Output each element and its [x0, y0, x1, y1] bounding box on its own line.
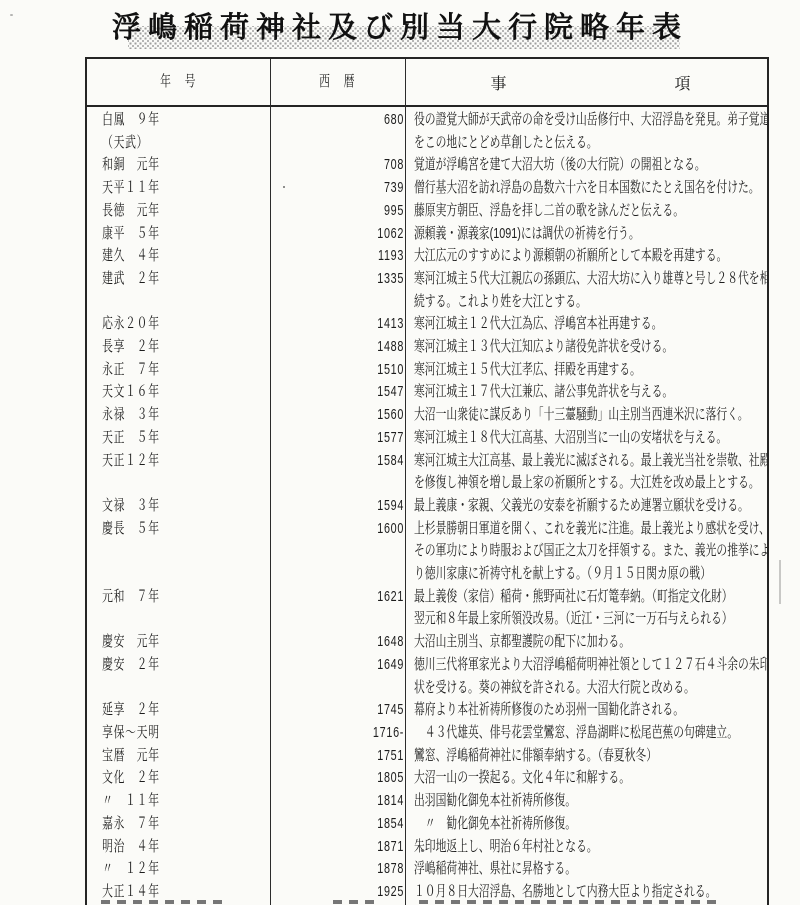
era-text: 永禄 ３年 [87, 404, 284, 427]
event-text: 最上義康・家親、父義光の安泰を祈願するため連署立願状を受ける。 [414, 495, 769, 518]
table-header-row: 年 号 西 暦 事 項 [87, 59, 767, 107]
year-cell: 1648 [270, 631, 405, 654]
year-cell: 1560 [270, 404, 405, 427]
era-cell: 文化 ２年 [87, 767, 270, 790]
era-text: 文化 ２年 [87, 767, 284, 790]
event-text: 大沼一山の一揆起る。文化４年に和解する。 [414, 767, 769, 790]
year-text: 1871 [270, 836, 416, 859]
header-event: 事 項 [405, 71, 767, 94]
event-cell: 浮嶋稲荷神社、県社に昇格する。 [405, 858, 767, 881]
year-cell: 1878 [270, 858, 405, 881]
event-text: 大沼一山衆徒に謀反あり「十三薹騒動」山主別当西連米沢に落行く。 [414, 404, 769, 427]
era-cell: 宝暦 元年 [87, 745, 270, 768]
header-era: 年 号 [87, 71, 270, 94]
year-text: 680 [270, 109, 416, 132]
era-cell: 応永２０年 [87, 313, 270, 336]
era-text: 延享 ２年 [87, 699, 284, 722]
event-cell: 上杉景勝朝日軍道を開く、これを義光に注進。最上義光より感状を受け、その軍功により… [405, 518, 767, 586]
table-row: 康平 ５年 1062 源頼義・源義家(1091)には調伏の祈祷を行う。 [87, 223, 767, 246]
event-text: 寒河江城主５代大江親広の孫顕広、大沼大坊に入り雄尊と号し２８代を相続する。これよ… [414, 268, 769, 313]
year-cell: 1594 [270, 495, 405, 518]
scan-speck [421, 849, 424, 852]
era-text: 天文１６年 [87, 381, 284, 404]
year-text: 1577 [270, 427, 416, 450]
era-cell: 永禄 ３年 [87, 404, 270, 427]
era-text: 嘉永 ７年 [87, 813, 284, 836]
era-cell: 康平 ５年 [87, 223, 270, 246]
table-row: 享保～天明 1716- ４３代雄英、俳号花雲堂鸞窓、浮島湖畔に松尾芭蕉の句碑建立… [87, 722, 767, 745]
year-cell: 1751 [270, 745, 405, 768]
table-row: 白鳳 ９年 （天武） 680 役の證覚大師が天武帝の命を受け山岳修行中、大沼浮島… [87, 109, 767, 154]
event-cell: 覚道が浮嶋宮を建て大沼大坊（後の大行院）の開祖となる。 [405, 154, 767, 177]
era-cell: 慶安 ２年 [87, 654, 270, 677]
event-cell: 〃 勧化御免本社祈祷所修復。 [405, 813, 767, 836]
year-cell: 1577 [270, 427, 405, 450]
year-cell: 1547 [270, 381, 405, 404]
event-text: 僧行基大沼を訪れ浮島の島数六十六を日本国数にたとえ国名を付けた。 [414, 177, 769, 200]
event-text: 浮嶋稲荷神社、県社に昇格する。 [414, 858, 769, 881]
era-cell: 和銅 元年 [87, 154, 270, 177]
table-row: 嘉永 ７年 1854 〃 勧化御免本社祈祷所修復。 [87, 813, 767, 836]
event-cell: 寒河江城主１８代大江高基、大沼別当に一山の安堵状を与える。 [405, 427, 767, 450]
year-text: 1751 [270, 745, 416, 768]
era-text: 〃 １２年 [87, 858, 284, 881]
event-cell: 鸞窓、浮嶋稲荷神社に俳額奉納する。（春夏秋冬） [405, 745, 767, 768]
era-text: 長享 ２年 [87, 336, 284, 359]
year-cell: 995 [270, 200, 405, 223]
era-cell: 天平１１年 [87, 177, 270, 200]
era-cell: 延享 ２年 [87, 699, 270, 722]
event-text: ４３代雄英、俳号花雲堂鸞窓、浮島湖畔に松尾芭蕉の句碑建立。 [414, 722, 769, 745]
event-cell: 寒河江城主１２代大江為広、浮嶋宮本社再建する。 [405, 313, 767, 336]
header-event-right: 項 [675, 71, 691, 94]
year-cell: 708 [270, 154, 405, 177]
year-cell: 680 [270, 109, 405, 132]
era-cell: 天文１６年 [87, 381, 270, 404]
year-text: 995 [270, 200, 416, 223]
event-text: 寒河江城主１８代大江高基、大沼別当に一山の安堵状を与える。 [414, 427, 769, 450]
era-text: 宝暦 元年 [87, 745, 284, 768]
year-text: 1649 [270, 654, 416, 677]
year-text: 1648 [270, 631, 416, 654]
event-text: 寒河江城主１３代大江知広より諸役免許状を受ける。 [414, 336, 769, 359]
era-cell: 〃 １１年 [87, 790, 270, 813]
event-text: 源頼義・源義家(1091)には調伏の祈祷を行う。 [414, 223, 769, 246]
year-cell: 1814 [270, 790, 405, 813]
event-cell: 最上義俊（家信）稲荷・熊野両社に石灯篭奉納。（町指定文化財） 翌元和８年最上家所… [405, 586, 767, 631]
event-cell: 朱印地返上し、明治６年村社となる。 [405, 836, 767, 859]
table-row: 明治 ４年 1871 朱印地返上し、明治６年村社となる。 [87, 836, 767, 859]
table-row: 和銅 元年 708 覚道が浮嶋宮を建て大沼大坊（後の大行院）の開祖となる。 [87, 154, 767, 177]
era-text: 建久 ４年 [87, 245, 284, 268]
year-cell: 1716- [270, 722, 405, 745]
table-row: 元和 ７年 1621 最上義俊（家信）稲荷・熊野両社に石灯篭奉納。（町指定文化財… [87, 586, 767, 631]
table-row: 慶安 元年 1648 大沼山主別当、京都聖護院の配下に加わる。 [87, 631, 767, 654]
event-text: 大沼山主別当、京都聖護院の配下に加わる。 [414, 631, 769, 654]
era-cell: 〃 １２年 [87, 858, 270, 881]
era-text: 享保～天明 [87, 722, 284, 745]
year-text: 1814 [270, 790, 416, 813]
year-text: 1716- [270, 722, 416, 745]
event-cell: 大沼一山の一揆起る。文化４年に和解する。 [405, 767, 767, 790]
event-cell: 大沼山主別当、京都聖護院の配下に加わる。 [405, 631, 767, 654]
event-text: 出羽国勧化御免本社祈祷所修復。 [414, 790, 769, 813]
year-text: 1560 [270, 404, 416, 427]
event-text: 〃 勧化御免本社祈祷所修復。 [414, 813, 769, 836]
table-row: 建武 ２年 1335 寒河江城主５代大江親広の孫顕広、大沼大坊に入り雄尊と号し２… [87, 268, 767, 313]
era-cell: 建武 ２年 [87, 268, 270, 291]
event-text: 寒河江城主１５代大江孝広、拝殿を再建する。 [414, 359, 769, 382]
table-row: 天平１１年 739 僧行基大沼を訪れ浮島の島数六十六を日本国数にたとえ国名を付け… [87, 177, 767, 200]
year-text: 1854 [270, 813, 416, 836]
era-cell: 長徳 元年 [87, 200, 270, 223]
clipped-row-fragment [101, 900, 223, 904]
page-title-block: 浮嶋稲荷神社及び別当大行院略年表 [0, 5, 800, 53]
year-cell: 1600 [270, 518, 405, 541]
scanned-page: 浮嶋稲荷神社及び別当大行院略年表 年 号 西 暦 事 項 白鳳 ９年 （天武） … [0, 0, 800, 905]
scan-speck [283, 186, 285, 188]
table-row: 天正 ５年 1577 寒河江城主１８代大江高基、大沼別当に一山の安堵状を与える。 [87, 427, 767, 450]
year-cell: 1335 [270, 268, 405, 291]
era-text: 元和 ７年 [87, 586, 284, 609]
scan-speck [10, 14, 13, 16]
era-text: 慶長 ５年 [87, 518, 284, 541]
year-text: 1805 [270, 767, 416, 790]
event-text: 寒河江城主１２代大江為広、浮嶋宮本社再建する。 [414, 313, 769, 336]
era-text: 文禄 ３年 [87, 495, 284, 518]
era-text: 白鳳 ９年 （天武） [87, 109, 284, 154]
event-text: 幕府より本社祈祷所修復のため羽州一国勧化許される。 [414, 699, 769, 722]
year-text: 708 [270, 154, 416, 177]
event-cell: 徳川三代将軍家光より大沼浮嶋稲荷明神社領として１２７石４斗余の朱印状を受ける。葵… [405, 654, 767, 699]
year-text: 1062 [270, 223, 416, 246]
era-text: 天正１２年 [87, 450, 284, 473]
chronology-table: 年 号 西 暦 事 項 白鳳 ９年 （天武） 680 役の證覚大師が天武帝の命を… [85, 57, 769, 905]
era-cell: 天正 ５年 [87, 427, 270, 450]
era-text: 〃 １１年 [87, 790, 284, 813]
year-cell: 739 [270, 177, 405, 200]
era-cell: 元和 ７年 [87, 586, 270, 609]
era-text: 長徳 元年 [87, 200, 284, 223]
year-cell: 1488 [270, 336, 405, 359]
event-cell: 幕府より本社祈祷所修復のため羽州一国勧化許される。 [405, 699, 767, 722]
table-row: 長享 ２年 1488 寒河江城主１３代大江知広より諸役免許状を受ける。 [87, 336, 767, 359]
era-cell: 慶長 ５年 [87, 518, 270, 541]
year-cell: 1062 [270, 223, 405, 246]
year-cell: 1854 [270, 813, 405, 836]
table-row: 〃 １２年 1878 浮嶋稲荷神社、県社に昇格する。 [87, 858, 767, 881]
era-cell: 長享 ２年 [87, 336, 270, 359]
event-cell: 寒河江城主１５代大江孝広、拝殿を再建する。 [405, 359, 767, 382]
year-text: 1547 [270, 381, 416, 404]
table-row: 永禄 ３年 1560 大沼一山衆徒に謀反あり「十三薹騒動」山主別当西連米沢に落行… [87, 404, 767, 427]
era-text: 明治 ４年 [87, 836, 284, 859]
era-cell: 嘉永 ７年 [87, 813, 270, 836]
year-text: 1488 [270, 336, 416, 359]
table-row: 文化 ２年 1805 大沼一山の一揆起る。文化４年に和解する。 [87, 767, 767, 790]
table-row: 延享 ２年 1745 幕府より本社祈祷所修復のため羽州一国勧化許される。 [87, 699, 767, 722]
era-text: 永正 ７年 [87, 359, 284, 382]
table-row: 天正１２年 1584 寒河江城主大江高基、最上義光に滅ぼされる。最上義光当社を崇… [87, 450, 767, 495]
event-cell: 寒河江城主大江高基、最上義光に滅ぼされる。最上義光当社を崇敬、社殿を修復し神領を… [405, 450, 767, 495]
era-cell: 享保～天明 [87, 722, 270, 745]
event-text: 覚道が浮嶋宮を建て大沼大坊（後の大行院）の開祖となる。 [414, 154, 769, 177]
event-cell: 大沼一山衆徒に謀反あり「十三薹騒動」山主別当西連米沢に落行く。 [405, 404, 767, 427]
year-cell: 1649 [270, 654, 405, 677]
event-cell: 最上義康・家親、父義光の安泰を祈願するため連署立願状を受ける。 [405, 495, 767, 518]
era-cell: 明治 ４年 [87, 836, 270, 859]
event-cell: 寒河江城主５代大江親広の孫顕広、大沼大坊に入り雄尊と号し２８代を相続する。これよ… [405, 268, 767, 313]
event-text: 最上義俊（家信）稲荷・熊野両社に石灯篭奉納。（町指定文化財） 翌元和８年最上家所… [414, 586, 769, 631]
era-cell: 白鳳 ９年 （天武） [87, 109, 270, 154]
era-text: 天平１１年 [87, 177, 284, 200]
table-body: 白鳳 ９年 （天武） 680 役の證覚大師が天武帝の命を受け山岳修行中、大沼浮島… [87, 107, 767, 904]
year-text: 1878 [270, 858, 416, 881]
clipped-row-fragment [333, 900, 381, 904]
era-text: 応永２０年 [87, 313, 284, 336]
table-row: 〃 １１年 1814 出羽国勧化御免本社祈祷所修復。 [87, 790, 767, 813]
year-text: 739 [270, 177, 416, 200]
event-text: 鸞窓、浮嶋稲荷神社に俳額奉納する。（春夏秋冬） [414, 745, 769, 768]
era-text: 天正 ５年 [87, 427, 284, 450]
year-text: 1335 [270, 268, 416, 291]
table-row: 応永２０年 1413 寒河江城主１２代大江為広、浮嶋宮本社再建する。 [87, 313, 767, 336]
year-text: 1600 [270, 518, 416, 541]
era-text: 康平 ５年 [87, 223, 284, 246]
year-cell: 1413 [270, 313, 405, 336]
clipped-row-fragment [419, 900, 721, 904]
event-text: 寒河江城主大江高基、最上義光に滅ぼされる。最上義光当社を崇敬、社殿を修復し神領を… [414, 450, 769, 495]
era-cell: 建久 ４年 [87, 245, 270, 268]
event-text: 藤原実方朝臣、浮島を拝し二首の歌を詠んだと伝える。 [414, 200, 769, 223]
era-cell: 永正 ７年 [87, 359, 270, 382]
event-cell: 僧行基大沼を訪れ浮島の島数六十六を日本国数にたとえ国名を付けた。 [405, 177, 767, 200]
year-text: 1745 [270, 699, 416, 722]
page-title: 浮嶋稲荷神社及び別当大行院略年表 [112, 5, 688, 46]
era-cell: 慶安 元年 [87, 631, 270, 654]
event-cell: 寒河江城主１７代大江兼広、諸公事免許状を与える。 [405, 381, 767, 404]
year-text: 1510 [270, 359, 416, 382]
era-text: 慶安 ２年 [87, 654, 284, 677]
era-text: 建武 ２年 [87, 268, 284, 291]
table-row: 天文１６年 1547 寒河江城主１７代大江兼広、諸公事免許状を与える。 [87, 381, 767, 404]
year-cell: 1510 [270, 359, 405, 382]
event-cell: 藤原実方朝臣、浮島を拝し二首の歌を詠んだと伝える。 [405, 200, 767, 223]
event-cell: 出羽国勧化御免本社祈祷所修復。 [405, 790, 767, 813]
era-text: 和銅 元年 [87, 154, 284, 177]
event-text: 徳川三代将軍家光より大沼浮嶋稲荷明神社領として１２７石４斗余の朱印状を受ける。葵… [414, 654, 769, 699]
era-cell: 天正１２年 [87, 450, 270, 473]
table-row: 建久 ４年 1193 大江広元のすすめにより源頼朝の祈願所として本殿を再建する。 [87, 245, 767, 268]
year-cell: 1621 [270, 586, 405, 609]
header-year: 西 暦 [270, 71, 405, 94]
event-cell: ４３代雄英、俳号花雲堂鸞窓、浮島湖畔に松尾芭蕉の句碑建立。 [405, 722, 767, 745]
year-cell: 1871 [270, 836, 405, 859]
year-text: 1413 [270, 313, 416, 336]
year-text: 1584 [270, 450, 416, 473]
event-cell: 役の證覚大師が天武帝の命を受け山岳修行中、大沼浮島を発見。弟子覚道をこの地にとど… [405, 109, 767, 154]
table-row: 長徳 元年 995 藤原実方朝臣、浮島を拝し二首の歌を詠んだと伝える。 [87, 200, 767, 223]
year-text: 1193 [270, 245, 416, 268]
event-text: 役の證覚大師が天武帝の命を受け山岳修行中、大沼浮島を発見。弟子覚道をこの地にとど… [414, 109, 769, 154]
table-row: 文禄 ３年 1594 最上義康・家親、父義光の安泰を祈願するため連署立願状を受け… [87, 495, 767, 518]
era-text: 慶安 元年 [87, 631, 284, 654]
year-text: 1594 [270, 495, 416, 518]
year-cell: 1805 [270, 767, 405, 790]
event-text: 大江広元のすすめにより源頼朝の祈願所として本殿を再建する。 [414, 245, 769, 268]
event-cell: 大江広元のすすめにより源頼朝の祈願所として本殿を再建する。 [405, 245, 767, 268]
event-text: 上杉景勝朝日軍道を開く、これを義光に注進。最上義光より感状を受け、その軍功により… [414, 518, 769, 586]
table-row: 宝暦 元年 1751 鸞窓、浮嶋稲荷神社に俳額奉納する。（春夏秋冬） [87, 745, 767, 768]
scan-edge-artifact [779, 560, 781, 604]
event-cell: 寒河江城主１３代大江知広より諸役免許状を受ける。 [405, 336, 767, 359]
year-cell: 1193 [270, 245, 405, 268]
event-text: 寒河江城主１７代大江兼広、諸公事免許状を与える。 [414, 381, 769, 404]
year-cell: 1584 [270, 450, 405, 473]
year-text: 1621 [270, 586, 416, 609]
event-cell: 源頼義・源義家(1091)には調伏の祈祷を行う。 [405, 223, 767, 246]
table-row: 慶安 ２年 1649 徳川三代将軍家光より大沼浮嶋稲荷明神社領として１２７石４斗… [87, 654, 767, 699]
header-event-left: 事 [490, 71, 506, 94]
year-cell: 1745 [270, 699, 405, 722]
table-row: 永正 ７年 1510 寒河江城主１５代大江孝広、拝殿を再建する。 [87, 359, 767, 382]
event-text: 朱印地返上し、明治６年村社となる。 [414, 836, 769, 859]
era-cell: 文禄 ３年 [87, 495, 270, 518]
table-row: 慶長 ５年 1600 上杉景勝朝日軍道を開く、これを義光に注進。最上義光より感状… [87, 518, 767, 586]
